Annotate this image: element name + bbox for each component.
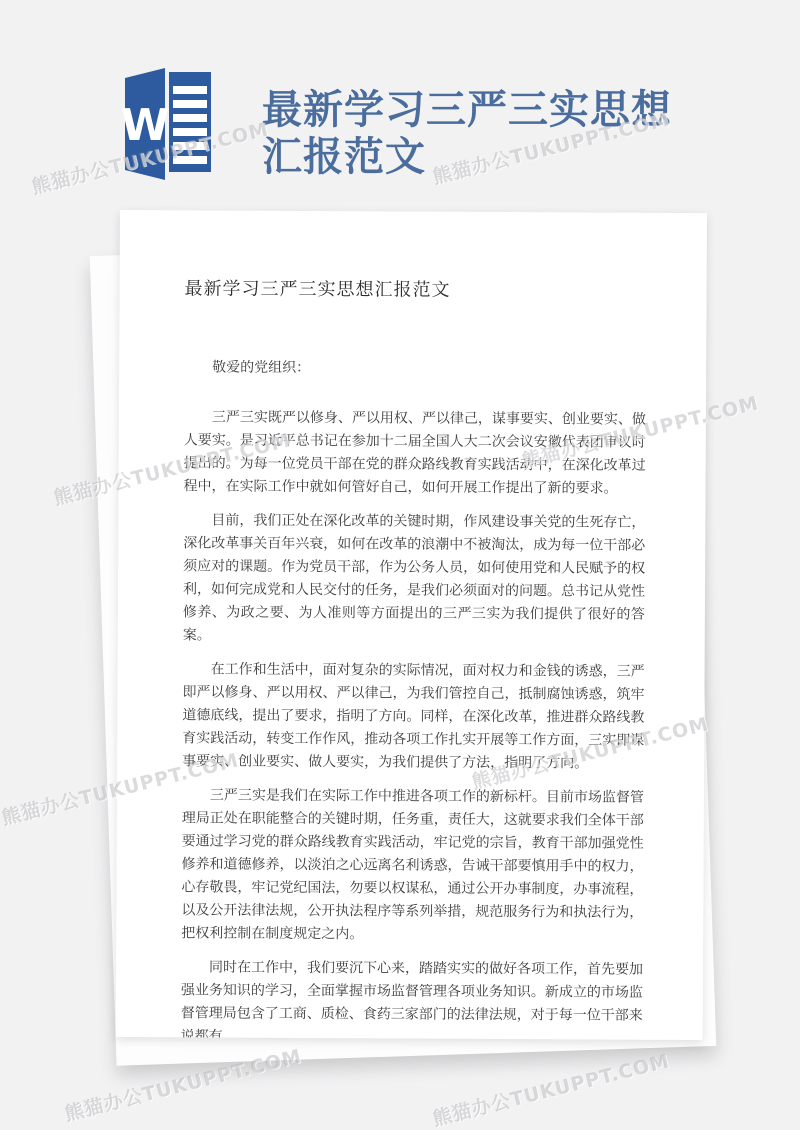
document-title: 最新学习三严三实思想汇报范文 xyxy=(185,274,647,302)
word-icon-letter: W xyxy=(122,100,169,151)
word-file-icon: W xyxy=(122,68,214,180)
paragraph: 目前，我们正处在深化改革的关键时期，作风建设事关党的生死存亡，深化改革事关百年兴… xyxy=(183,509,646,649)
site-watermark: 熊猫办公TUKUPPT.COM xyxy=(430,1046,673,1130)
paragraph: 同时在工作中，我们要沉下心来，踏踏实实的做好各项工作，首先要加强业务知识的学习，… xyxy=(181,956,643,1040)
page-background: W 最新学习三严三实思想汇报范文 最新学习三严三实思想汇报范文 敬爱的党组织： … xyxy=(0,0,800,1130)
page-title: 最新学习三严三实思想汇报范文 xyxy=(262,87,696,181)
paragraph: 在工作和生活中，面对复杂的实际情况，面对权力和金钱的诱惑，三严即严以修身、严以用… xyxy=(182,658,645,775)
paragraph: 三严三实是我们在实际工作中推进各项工作的新标杆。目前市场监督管理局正处在职能整合… xyxy=(181,784,644,947)
document-page: 最新学习三严三实思想汇报范文 敬爱的党组织： 三严三实既严以修身、严以用权、严以… xyxy=(116,210,707,1040)
word-icon-graphic: W xyxy=(122,68,214,180)
salutation: 敬爱的党组织： xyxy=(184,356,646,381)
paragraph: 三严三实既严以修身、严以用权、严以律己，谋事要实、创业要实、做人要实。是习近平总… xyxy=(183,406,645,500)
